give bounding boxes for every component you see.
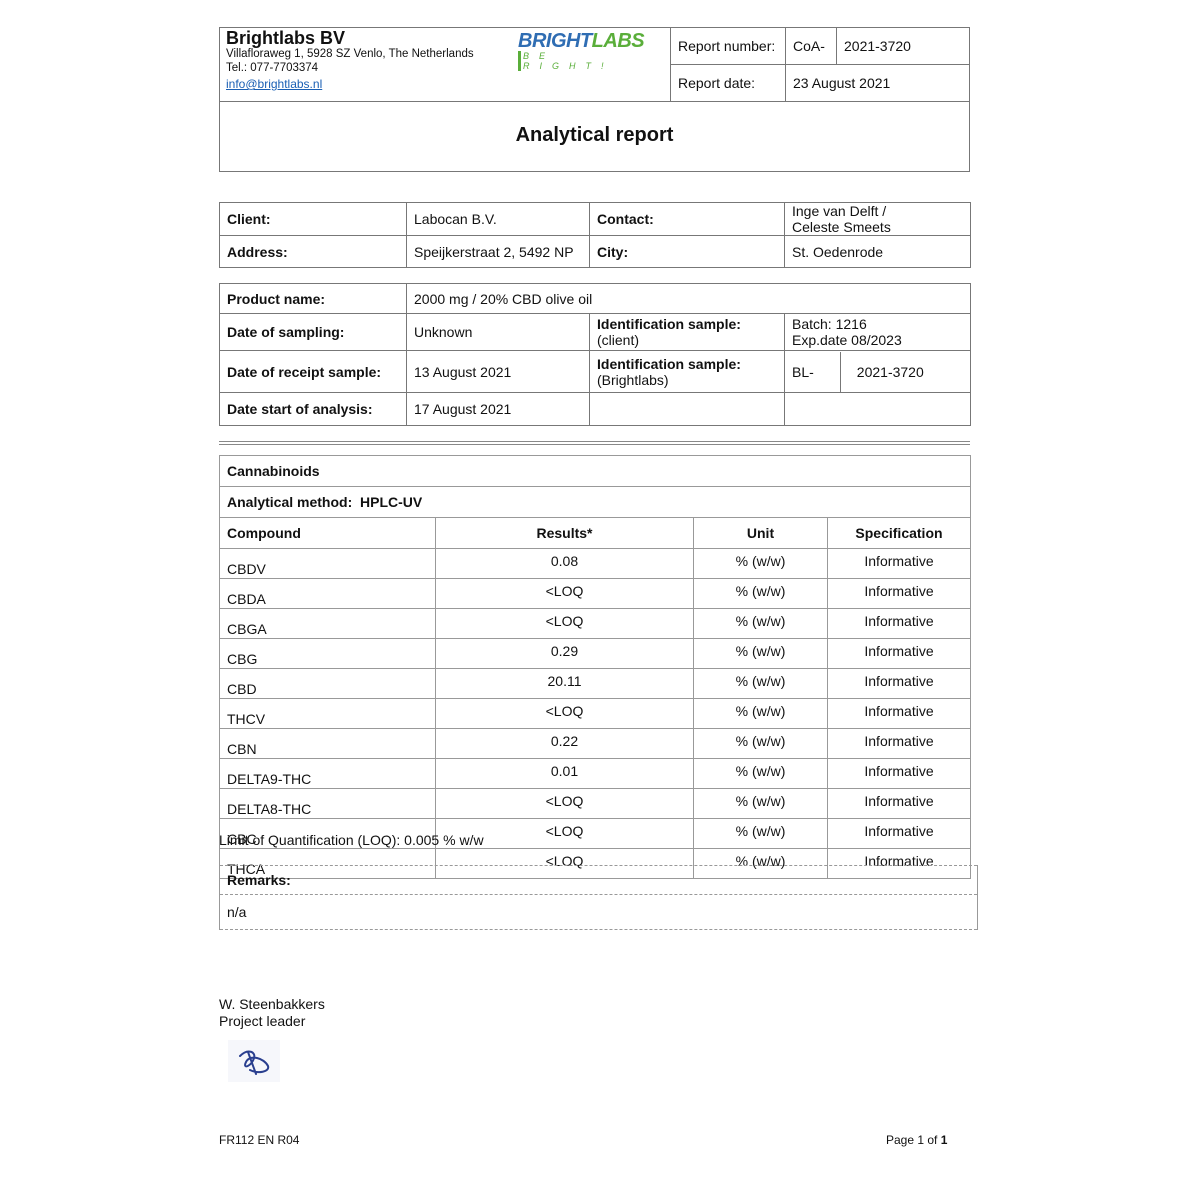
brightlabs-logo: BRIGHTLABS BE RIGHT!	[518, 30, 648, 70]
page-number: Page 1 of 1	[886, 1133, 947, 1147]
signature-image	[228, 1040, 280, 1082]
unit-cell: % (w/w)	[694, 699, 828, 729]
logo-tagline: BE RIGHT!	[518, 51, 648, 71]
unit-cell: % (w/w)	[694, 759, 828, 789]
contact-name-1: Inge van Delft /	[792, 203, 963, 219]
report-date-value: 23 August 2021	[786, 65, 970, 102]
unit-cell: % (w/w)	[694, 639, 828, 669]
signatory-name: W. Steenbakkers	[219, 996, 325, 1013]
unit-cell: % (w/w)	[694, 819, 828, 849]
logo-text-labs: LABS	[592, 30, 644, 52]
empty-cell	[785, 393, 971, 426]
report-number-label: Report number:	[671, 28, 786, 65]
batch-value: Batch: 1216	[792, 316, 963, 332]
method-label: Analytical method:	[227, 494, 352, 510]
specification-cell: Informative	[828, 789, 971, 819]
analysis-start-label: Date start of analysis:	[220, 393, 407, 426]
result-cell: <LOQ	[436, 789, 694, 819]
report-number-value: 2021-3720	[837, 28, 970, 65]
city-label: City:	[590, 236, 785, 268]
table-header-row: Compound Results* Unit Specification	[220, 518, 971, 549]
compound-cell: CBN	[220, 729, 436, 759]
result-cell: 0.08	[436, 549, 694, 579]
compound-cell: CBDA	[220, 579, 436, 609]
unit-cell: % (w/w)	[694, 789, 828, 819]
report-info-table: Report number: CoA- 2021-3720 Report dat…	[670, 27, 970, 102]
specification-cell: Informative	[828, 759, 971, 789]
table-row: CBDA<LOQ% (w/w)Informative	[220, 579, 971, 609]
unit-cell: % (w/w)	[694, 549, 828, 579]
receipt-date-value: 13 August 2021	[407, 351, 590, 393]
result-cell: <LOQ	[436, 699, 694, 729]
table-row: CBGA<LOQ% (w/w)Informative	[220, 609, 971, 639]
id-client-cell: Identification sample:(client)	[590, 314, 785, 351]
product-table: Product name: 2000 mg / 20% CBD olive oi…	[219, 283, 971, 426]
contact-name-2: Celeste Smeets	[792, 219, 963, 235]
page-prefix: Page 1 of	[886, 1133, 941, 1147]
exp-date-value: Exp.date 08/2023	[792, 332, 963, 348]
empty-cell	[590, 393, 785, 426]
result-cell: <LOQ	[436, 579, 694, 609]
id-bl-sub: (Brightlabs)	[597, 372, 777, 388]
product-name-value: 2000 mg / 20% CBD olive oil	[407, 284, 971, 314]
remarks-label: Remarks:	[220, 866, 978, 895]
company-name: Brightlabs BV	[226, 29, 474, 47]
sampling-date-label: Date of sampling:	[220, 314, 407, 351]
form-code: FR112 EN R04	[219, 1133, 299, 1147]
compound-cell: DELTA8-THC	[220, 789, 436, 819]
compound-cell: CBDV	[220, 549, 436, 579]
compound-cell: CBG	[220, 639, 436, 669]
id-client-sub: (client)	[597, 332, 777, 348]
method-value: HPLC-UV	[360, 494, 422, 510]
table-row: CBN0.22% (w/w)Informative	[220, 729, 971, 759]
id-bl-cell: Identification sample:(Brightlabs)	[590, 351, 785, 393]
page-title: Analytical report	[219, 124, 970, 147]
sampling-date-value: Unknown	[407, 314, 590, 351]
table-row: THCV<LOQ% (w/w)Informative	[220, 699, 971, 729]
specification-cell: Informative	[828, 819, 971, 849]
compound-cell: CBGA	[220, 609, 436, 639]
unit-cell: % (w/w)	[694, 729, 828, 759]
unit-cell: % (w/w)	[694, 669, 828, 699]
id-bl-prefix: BL-	[792, 364, 814, 380]
specification-cell: Informative	[828, 729, 971, 759]
company-address: Villafloraweg 1, 5928 SZ Venlo, The Neth…	[226, 47, 474, 61]
contact-value: Inge van Delft /Celeste Smeets	[785, 203, 971, 236]
section-divider	[219, 441, 970, 445]
city-value: St. Oedenrode	[785, 236, 971, 268]
company-info: Brightlabs BV Villafloraweg 1, 5928 SZ V…	[226, 29, 474, 93]
specification-cell: Informative	[828, 549, 971, 579]
result-cell: 0.22	[436, 729, 694, 759]
remarks-table: Remarks: n/a	[219, 865, 978, 930]
unit-cell: % (w/w)	[694, 579, 828, 609]
section-title: Cannabinoids	[220, 456, 971, 487]
column-header: Unit	[694, 518, 828, 549]
column-header: Results*	[436, 518, 694, 549]
id-bl-value-cell: BL-2021-3720	[785, 351, 971, 393]
analysis-start-value: 17 August 2021	[407, 393, 590, 426]
company-phone: Tel.: 077-7703374	[226, 61, 474, 75]
specification-cell: Informative	[828, 699, 971, 729]
remarks-value: n/a	[220, 895, 978, 930]
analytical-method: Analytical method: HPLC-UV	[220, 487, 971, 518]
loq-note: Limit of Quantification (LOQ): 0.005 % w…	[219, 832, 484, 848]
receipt-date-label: Date of receipt sample:	[220, 351, 407, 393]
specification-cell: Informative	[828, 579, 971, 609]
unit-cell: % (w/w)	[694, 609, 828, 639]
result-cell: 20.11	[436, 669, 694, 699]
id-bl-label: Identification sample:	[597, 356, 777, 372]
column-header: Specification	[828, 518, 971, 549]
page-total: 1	[941, 1133, 948, 1147]
id-bl-value: 2021-3720	[840, 352, 924, 392]
address-value: Speijkerstraat 2, 5492 NP	[407, 236, 590, 268]
result-cell: <LOQ	[436, 609, 694, 639]
compound-cell: THCV	[220, 699, 436, 729]
compound-cell: CBD	[220, 669, 436, 699]
signatory: W. Steenbakkers Project leader	[219, 996, 325, 1030]
table-row: DELTA9-THC0.01% (w/w)Informative	[220, 759, 971, 789]
client-table: Client: Labocan B.V. Contact: Inge van D…	[219, 202, 971, 268]
result-cell: 0.01	[436, 759, 694, 789]
client-value: Labocan B.V.	[407, 203, 590, 236]
company-email-link[interactable]: info@brightlabs.nl	[226, 77, 322, 91]
report-number-prefix: CoA-	[786, 28, 837, 65]
report-date-label: Report date:	[671, 65, 786, 102]
table-row: DELTA8-THC<LOQ% (w/w)Informative	[220, 789, 971, 819]
batch-cell: Batch: 1216Exp.date 08/2023	[785, 314, 971, 351]
specification-cell: Informative	[828, 639, 971, 669]
signatory-role: Project leader	[219, 1013, 325, 1030]
contact-label: Contact:	[590, 203, 785, 236]
id-client-label: Identification sample:	[597, 316, 777, 332]
compound-cell: DELTA9-THC	[220, 759, 436, 789]
cannabinoids-table: Cannabinoids Analytical method: HPLC-UV …	[219, 455, 971, 879]
specification-cell: Informative	[828, 609, 971, 639]
specification-cell: Informative	[828, 669, 971, 699]
logo-text-bright: BRIGHT	[518, 30, 592, 52]
result-cell: 0.29	[436, 639, 694, 669]
table-row: CBD20.11% (w/w)Informative	[220, 669, 971, 699]
table-row: CBG0.29% (w/w)Informative	[220, 639, 971, 669]
product-name-label: Product name:	[220, 284, 407, 314]
client-label: Client:	[220, 203, 407, 236]
address-label: Address:	[220, 236, 407, 268]
column-header: Compound	[220, 518, 436, 549]
table-row: CBDV0.08% (w/w)Informative	[220, 549, 971, 579]
